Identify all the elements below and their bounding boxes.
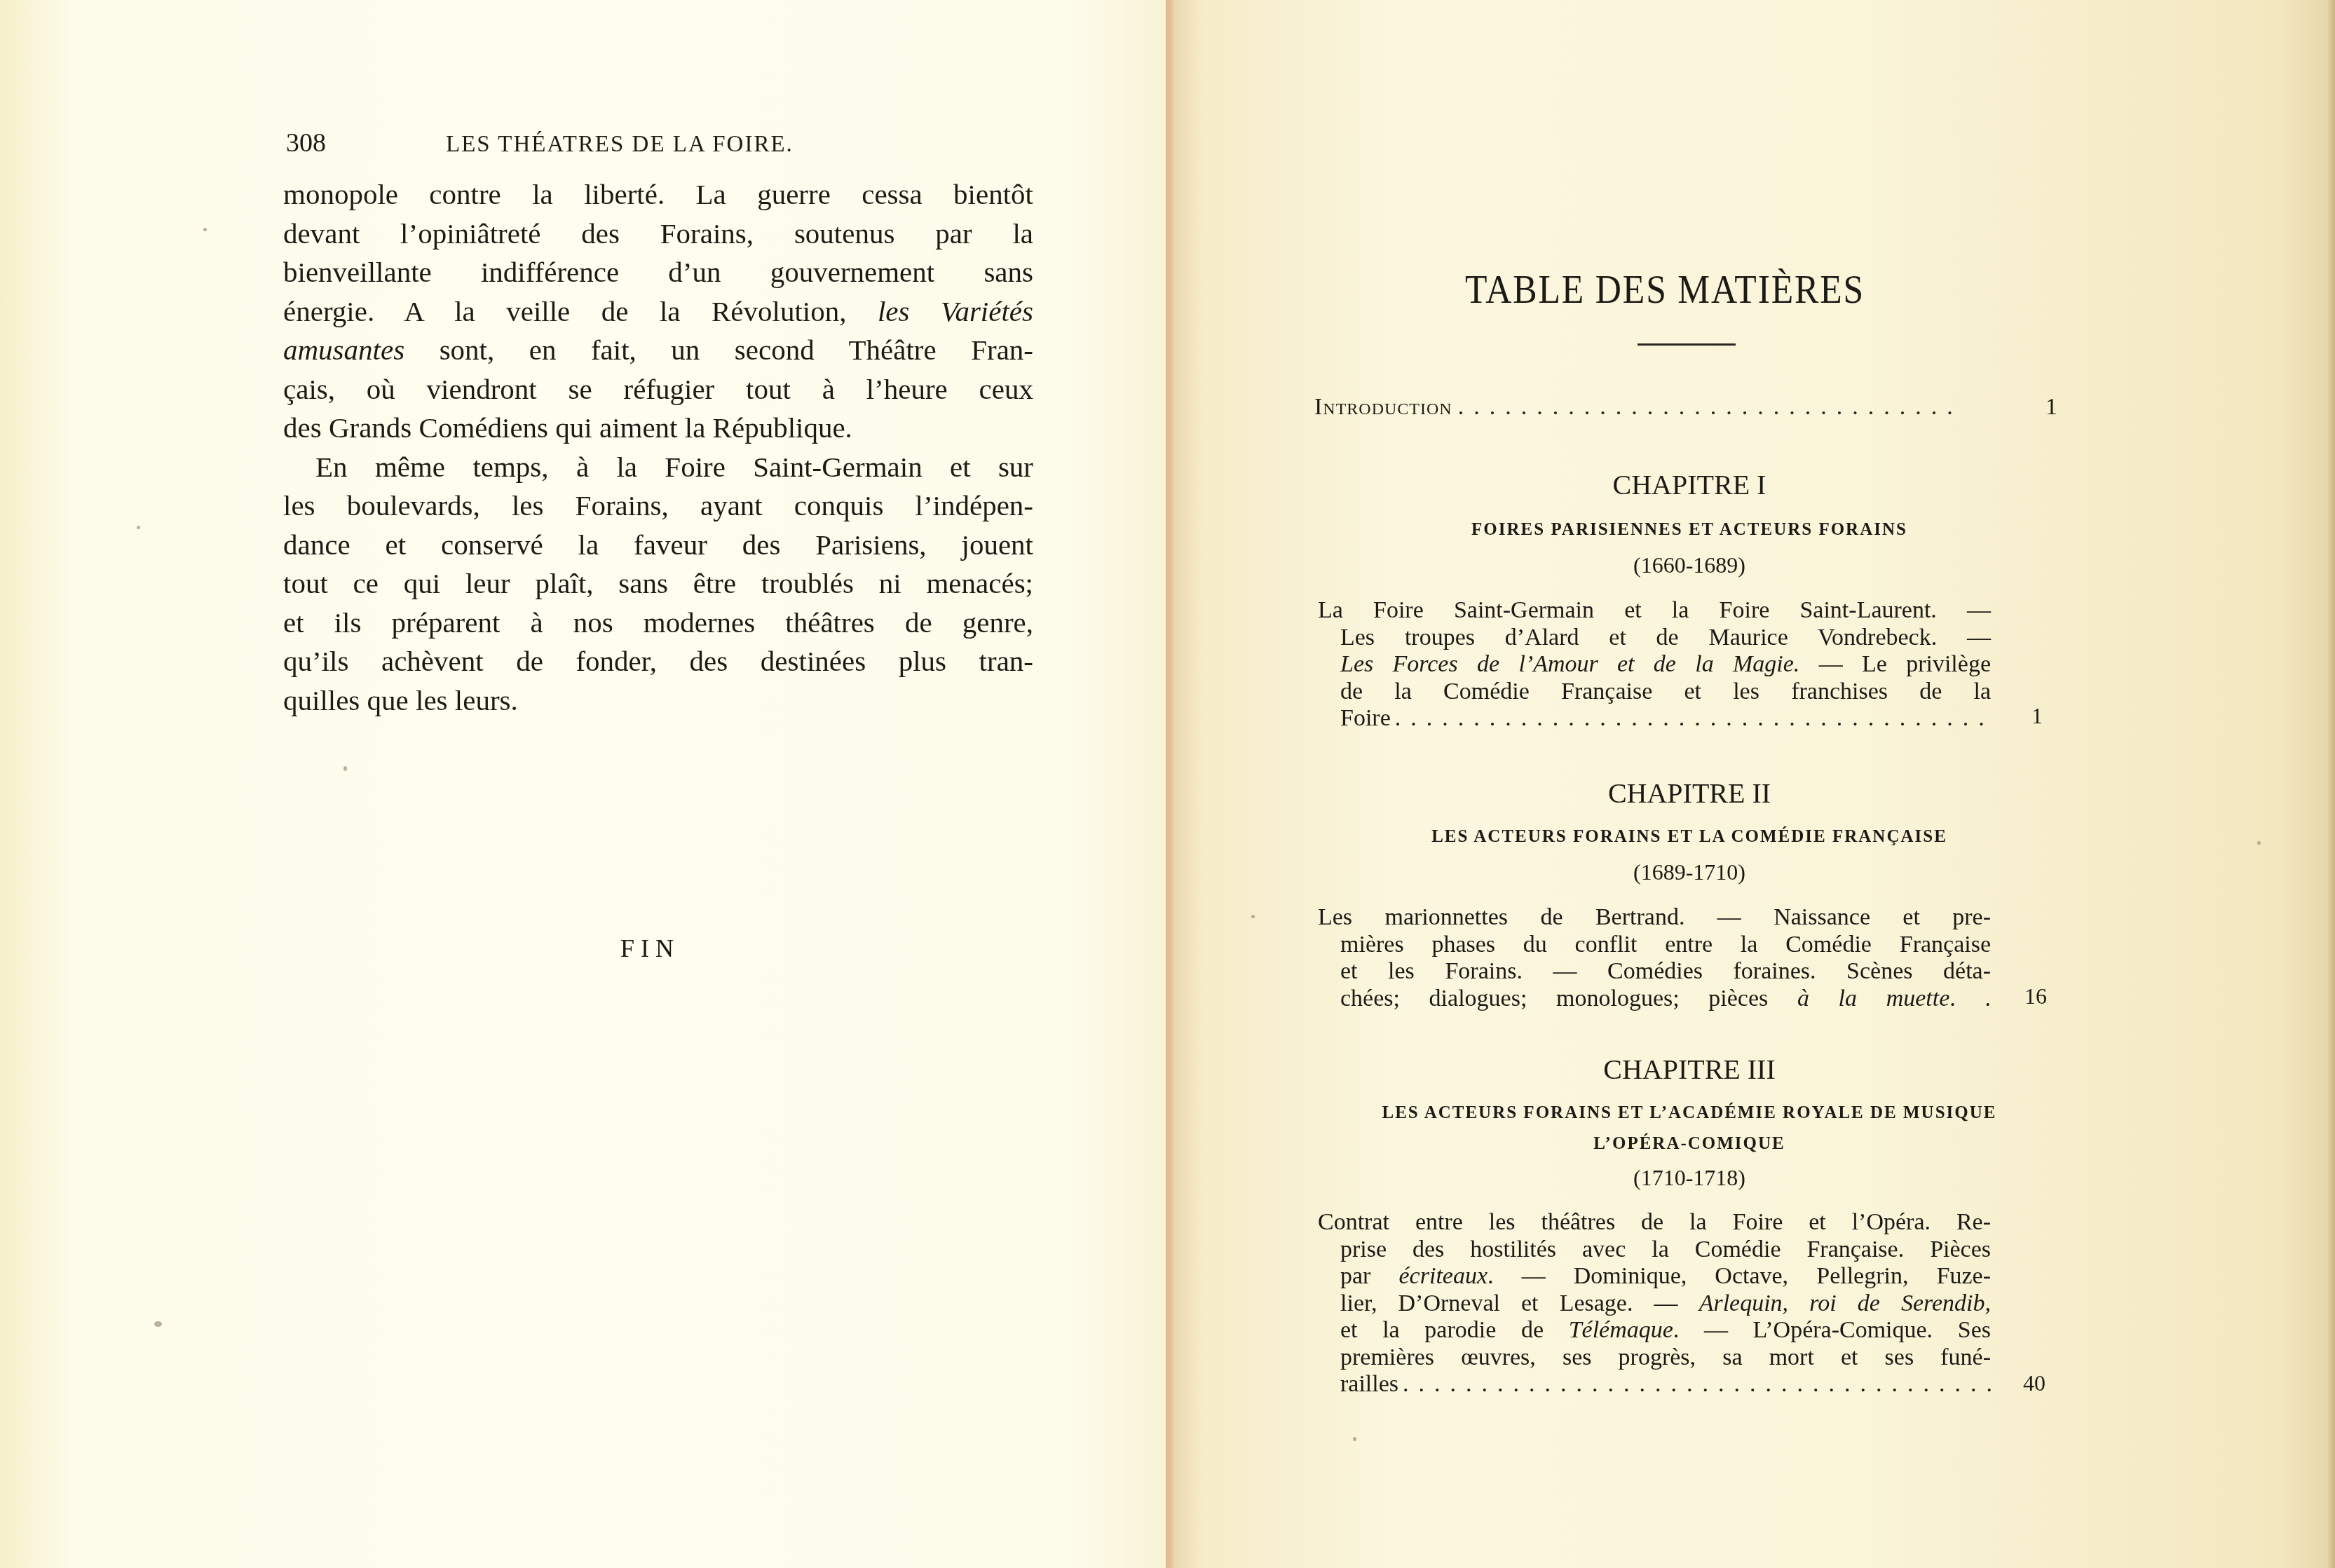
text-line: amusantes sont, en fait, un second Théât…	[283, 331, 1033, 370]
text-line: quilles que les leurs.	[283, 681, 1033, 721]
entry-line: Les Forces de l’Amour et de la Magie. — …	[1318, 651, 1991, 679]
entry-line: La Foire Saint-Germain et la Foire Saint…	[1318, 597, 1991, 625]
chapter-heading: CHAPITRE III	[1304, 1053, 2075, 1086]
entry-line: et la parodie de Télémaque. — L’Opéra-Co…	[1318, 1317, 1991, 1344]
text-line: dance et conservé la faveur des Parisien…	[283, 526, 1033, 565]
chapter-years: (1710-1718)	[1304, 1165, 2075, 1191]
chapter-years: (1689-1710)	[1304, 859, 2075, 885]
book-gutter	[1166, 0, 1174, 1568]
toc-page-number: 1	[2045, 394, 2057, 421]
entry-line: Les troupes d’Alard et de Maurice Vondre…	[1318, 625, 1991, 652]
toc-entry-chapter-2[interactable]: Les marionnettes de Bertrand. — Naissanc…	[1318, 904, 1991, 1012]
text-line: des Grands Comédiens qui aiment la Répub…	[283, 409, 1033, 448]
entry-line: et les Forains. — Comédies foraines. Scè…	[1318, 958, 1991, 986]
toc-page-number: 16	[2024, 983, 2047, 1009]
page-edge	[2328, 0, 2335, 1568]
chapter-subtitle: FOIRES PARISIENNES ET ACTEURS FORAINS	[1304, 520, 2075, 540]
paragraph: monopole contre la liberté. La guerre ce…	[283, 175, 1033, 448]
text-run: Foire	[1340, 705, 1391, 732]
scan-speck	[343, 766, 347, 771]
scan-speck	[203, 228, 207, 231]
italic-title: Télémaque	[1569, 1317, 1673, 1343]
entry-line: de la Comédie Française et les franchise…	[1318, 679, 1991, 706]
text-run: par	[1340, 1263, 1399, 1289]
text-run: lier, D’Orneval et Lesage. —	[1340, 1290, 1699, 1316]
chapter-subtitle: LES ACTEURS FORAINS ET LA COMÉDIE FRANÇA…	[1304, 827, 2075, 847]
entry-line: mières phases du conflit entre la Comédi…	[1318, 932, 1991, 959]
scan-speck	[1251, 915, 1255, 918]
toc-page-number: 40	[2023, 1370, 2045, 1396]
text-run: — Le privilège	[1799, 651, 1991, 677]
text-run: chées; dialogues; monologues; pièces	[1340, 986, 1797, 1011]
text-run: et la parodie de	[1340, 1317, 1569, 1343]
chapter-heading: CHAPITRE II	[1304, 777, 2075, 810]
toc-entry-label: Introduction	[1314, 394, 1452, 421]
entry-line: railles.................................…	[1318, 1371, 1991, 1398]
text-run: sont, en fait, un second Théâtre Fran-	[404, 334, 1033, 366]
entry-line: lier, D’Orneval et Lesage. — Arlequin, r…	[1318, 1290, 1991, 1318]
text-line: monopole contre la liberté. La guerre ce…	[283, 175, 1033, 214]
text-line: En même temps, à la Foire Saint-Germain …	[283, 448, 1033, 487]
entry-line: Contrat entre les théâtres de la Foire e…	[1318, 1209, 1991, 1236]
end-mark: FIN	[620, 934, 680, 963]
text-line: bienveillante indifférence d’un gouverne…	[283, 253, 1033, 292]
text-run: . — Dominique, Octave, Pellegrin, Fuze-	[1488, 1263, 1991, 1289]
body-text: monopole contre la liberté. La guerre ce…	[283, 175, 1033, 720]
italic-title: les Variétés	[878, 295, 1033, 327]
text-line: énergie. A la veille de la Révolution, l…	[283, 292, 1033, 332]
text-run: énergie. A la veille de la Révolution,	[283, 295, 878, 327]
running-head-title: LES THÉATRES DE LA FOIRE.	[446, 132, 794, 158]
toc-title: TABLE DES MATIÈRES	[1465, 268, 1865, 313]
entry-line: Foire...................................…	[1318, 705, 1991, 732]
text-run: . — L’Opéra-Comique. Ses	[1673, 1317, 1991, 1343]
italic-title: à la muette	[1797, 986, 1949, 1011]
running-head: 308 LES THÉATRES DE LA FOIRE.	[286, 128, 1036, 163]
text-run: . .	[1949, 986, 1991, 1011]
toc-entry-introduction[interactable]: Introduction ...........................…	[1314, 394, 2054, 421]
text-line: qu’ils achèvent de fonder, des destinées…	[283, 642, 1033, 681]
text-line: les boulevards, les Forains, ayant conqu…	[283, 486, 1033, 526]
chapter-subtitle: L’OPÉRA-COMIQUE	[1304, 1134, 2075, 1154]
scan-speck	[1353, 1437, 1356, 1441]
chapter-years: (1660-1689)	[1304, 552, 2075, 578]
dot-leader: ........................................	[1458, 394, 1957, 421]
italic-title: Les Forces de l’Amour et de la Magie.	[1340, 651, 1799, 677]
entry-line: premières œuvres, ses progrès, sa mort e…	[1318, 1344, 1991, 1372]
italic-title: amusantes	[283, 334, 404, 366]
page-number: 308	[286, 128, 326, 158]
entry-line: Les marionnettes de Bertrand. — Naissanc…	[1318, 904, 1991, 932]
entry-line: par écriteaux. — Dominique, Octave, Pell…	[1318, 1263, 1991, 1290]
text-run: railles	[1340, 1371, 1398, 1398]
toc-entry-chapter-1[interactable]: La Foire Saint-Germain et la Foire Saint…	[1318, 597, 1991, 732]
italic-title: écriteaux	[1399, 1263, 1488, 1289]
toc-leader: Introduction ...........................…	[1314, 394, 1963, 421]
chapter-subtitle: LES ACTEURS FORAINS ET L’ACADÉMIE ROYALE…	[1304, 1103, 2075, 1123]
dot-leader: ........................................	[1403, 1371, 1991, 1398]
text-line: devant l’opiniâtreté des Forains, souten…	[283, 214, 1033, 254]
scan-speck	[2257, 841, 2261, 845]
text-line: tout ce qui leur plaît, sans être troubl…	[283, 564, 1033, 604]
toc-entry-chapter-3[interactable]: Contrat entre les théâtres de la Foire e…	[1318, 1209, 1991, 1398]
title-rule	[1638, 343, 1736, 346]
chapter-heading: CHAPITRE I	[1304, 468, 2075, 501]
entry-line: chées; dialogues; monologues; pièces à l…	[1318, 986, 1991, 1013]
paragraph: En même temps, à la Foire Saint-Germain …	[283, 448, 1033, 721]
entry-line: prise des hostilités avec la Comédie Fra…	[1318, 1236, 1991, 1264]
text-line: et ils préparent à nos modernes théâtres…	[283, 604, 1033, 643]
text-line: çais, où viendront se réfugier tout à l’…	[283, 370, 1033, 409]
scan-speck	[154, 1321, 162, 1327]
scan-speck	[137, 526, 140, 529]
dot-leader: ........................................	[1395, 705, 1991, 732]
toc-page-number: 1	[2031, 703, 2043, 729]
italic-title: Arlequin, roi de Serendib,	[1699, 1290, 1991, 1316]
